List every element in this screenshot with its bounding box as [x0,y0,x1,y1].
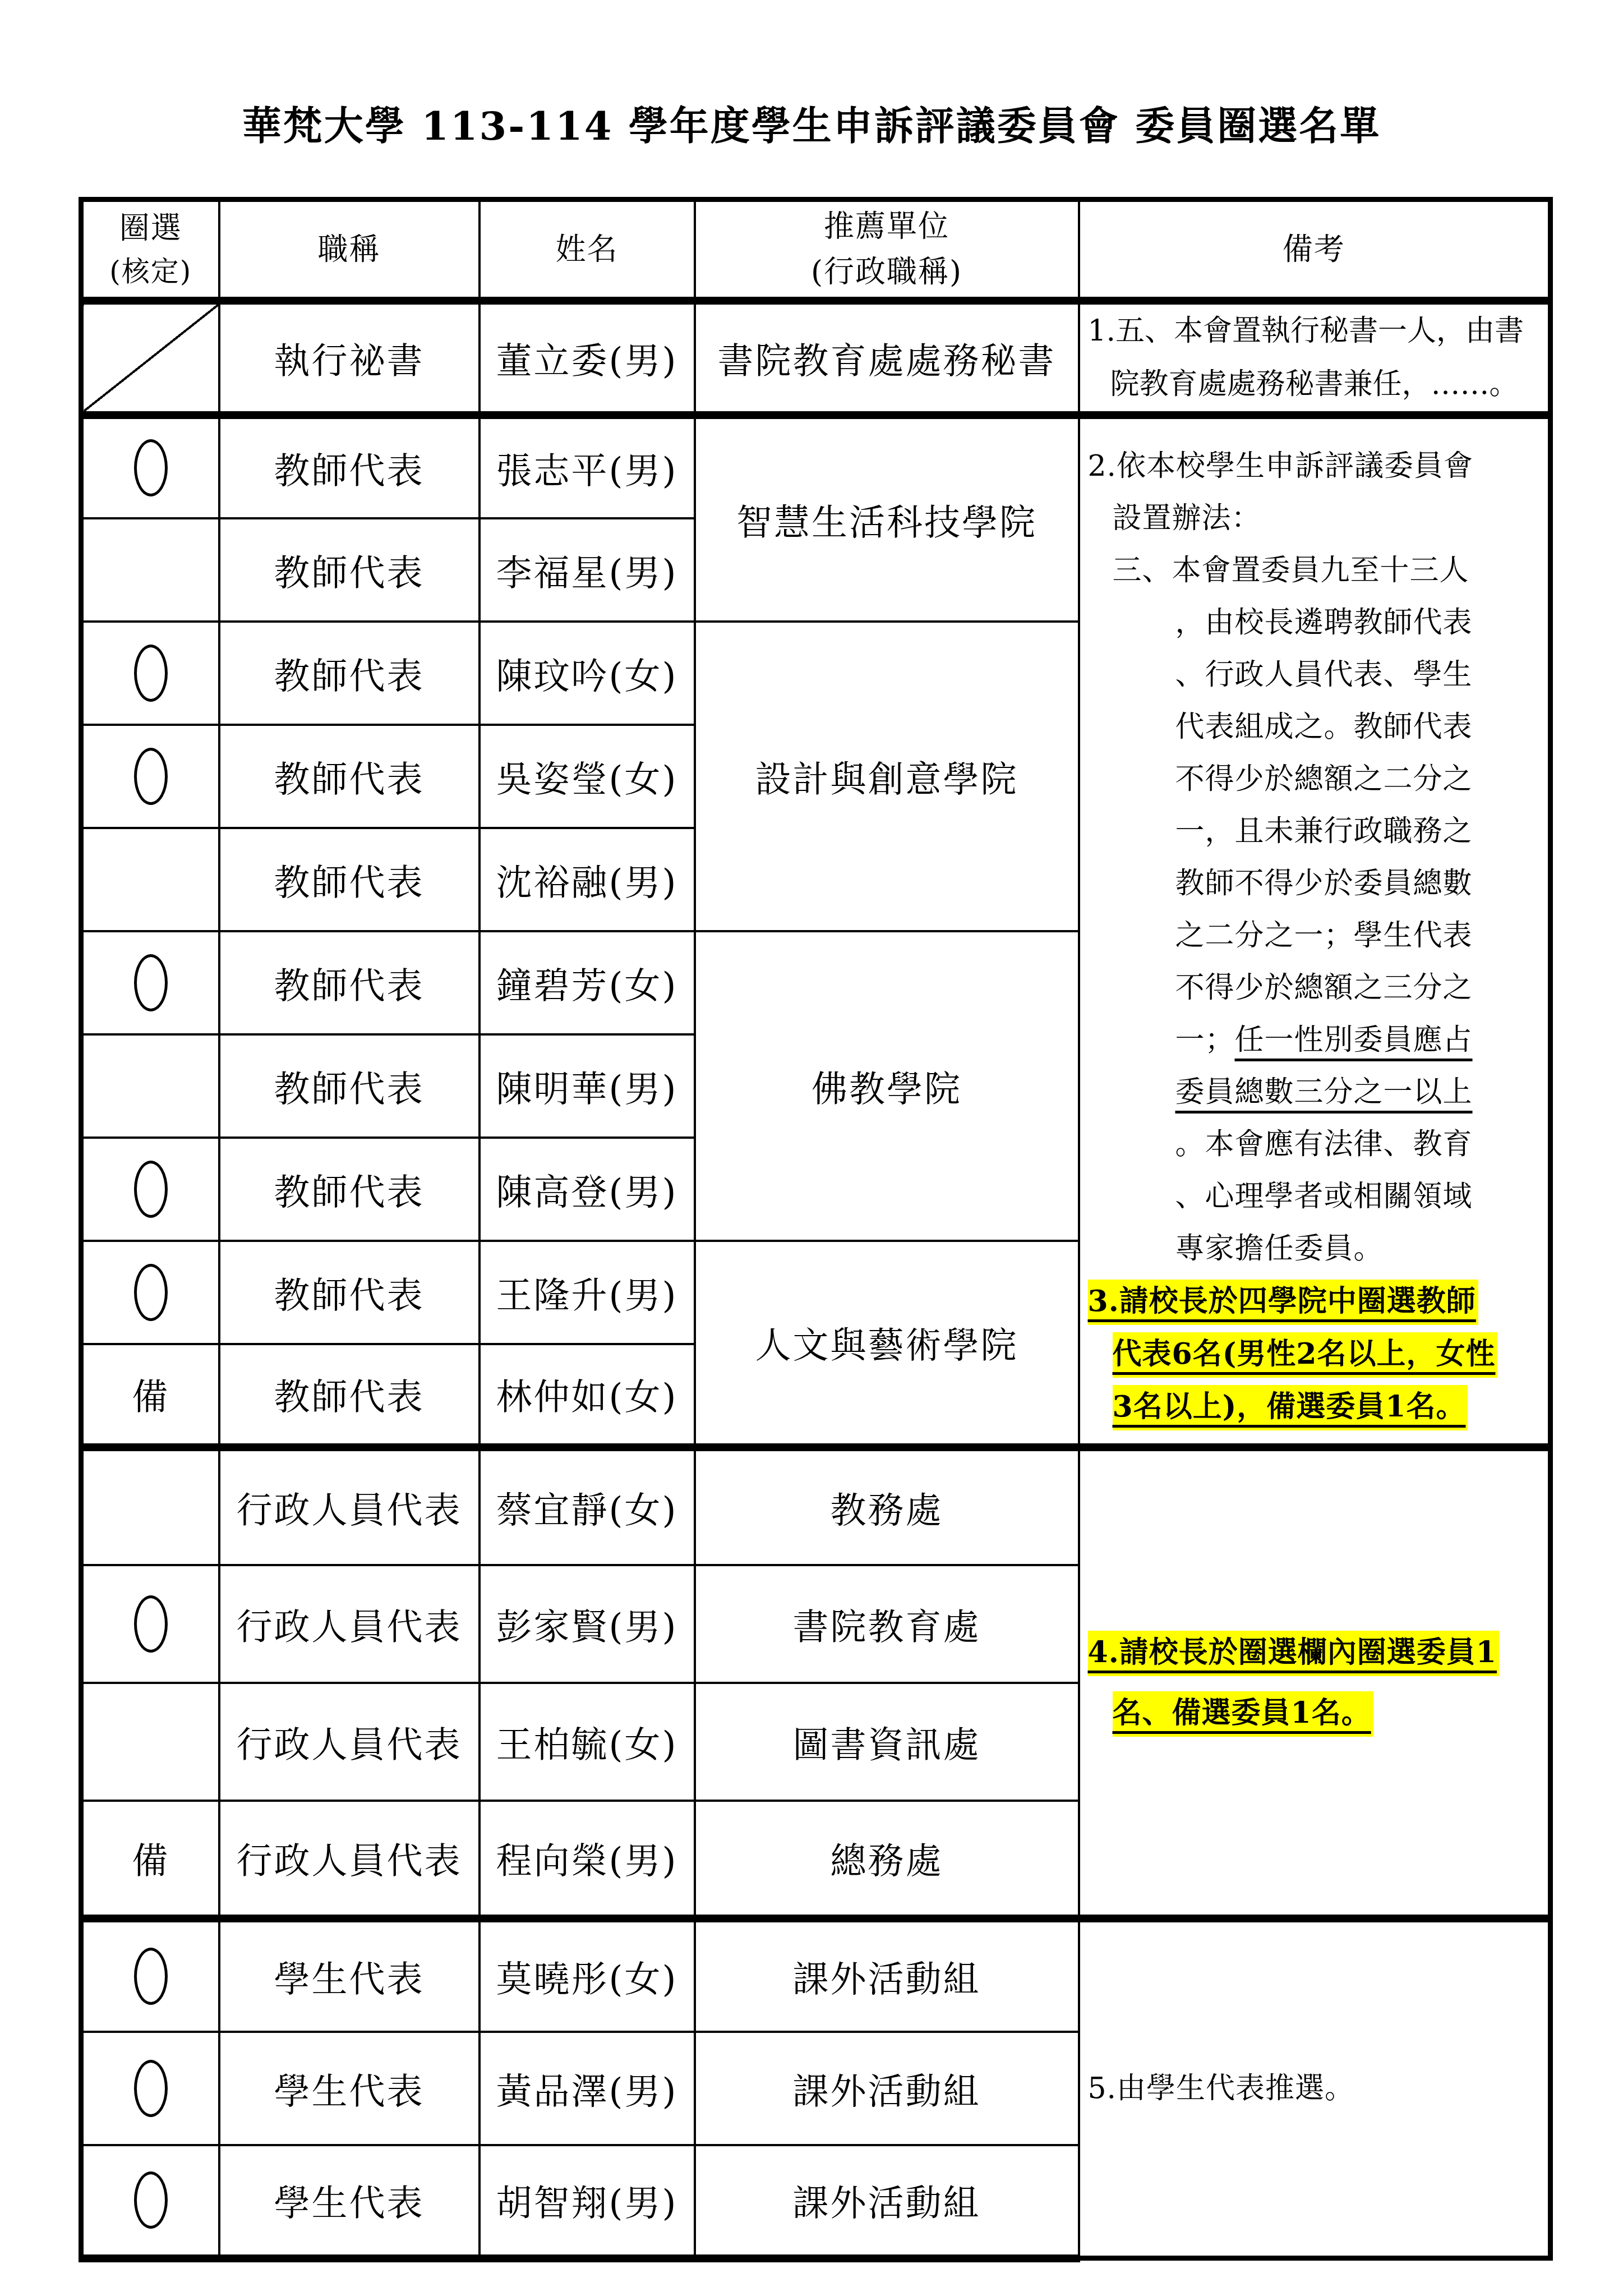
underlined-text: 任一性別委員應占 [1235,1023,1473,1057]
remark-line: 教師不得少於委員總數 [1088,858,1545,910]
remark-line: ，由校長遴聘教師代表 [1088,597,1545,649]
unit-cell-merged: 設計與創意學院 [695,622,1079,931]
remark-line: 專家擔任委員。 [1088,1223,1545,1275]
remark-highlight-line: 名、備選委員1名。 [1088,1683,1545,1743]
remark-line: 5.由學生代表推選。 [1088,2063,1545,2115]
table-row: 教師代表 張志平(男) 智慧生活科技學院 2.依本校學生申訴評議委員會 設置辦法… [81,415,1551,518]
remark-line: 、心理學者或相關領域 [1088,1171,1545,1223]
remark-line: 。本會應有法律、教育 [1088,1119,1545,1171]
committee-table: 圈選 (核定) 職稱 姓名 推薦單位 (行政職稱) 備考 執行祕書 董立委(男)… [79,197,1553,2262]
remark-highlight-line: 3名以上)，備選委員1名。 [1088,1381,1545,1433]
remark-line: 不得少於總額之二分之 [1088,753,1545,806]
position-cell: 行政人員代表 [219,1683,479,1801]
mark-cell [81,518,219,622]
remark-note-1: 1.五、本會置執行秘書一人，由書 院教育處處務秘書兼任，……。 [1079,301,1551,415]
remark-line: 2.依本校學生申訴評議委員會 [1088,440,1545,493]
position-cell: 教師代表 [219,828,479,931]
remark-note-4: 4.請校長於圈選欄內圈選委員1 名、備選委員1名。 [1079,1447,1551,1918]
unit-cell: 課外活動組 [695,1918,1079,2032]
mark-cell [81,622,219,725]
name-cell: 沈裕融(男) [479,828,695,931]
remark-notes-2-3: 2.依本校學生申訴評議委員會 設置辦法： 三、本會置委員九至十三人 ，由校長遴聘… [1079,415,1551,1447]
position-cell: 教師代表 [219,931,479,1034]
remark-line: 、行政人員代表、學生 [1088,649,1545,701]
name-cell: 張志平(男) [479,415,695,518]
position-cell: 教師代表 [219,1034,479,1138]
position-cell: 教師代表 [219,622,479,725]
header-circle-sublabel: (核定) [84,251,218,293]
name-cell: 王柏毓(女) [479,1683,695,1801]
mark-cell [81,415,219,518]
mark-cell: 備 [81,1344,219,1447]
remark-line: 一；任一性別委員應占 [1088,1014,1545,1066]
unit-cell: 總務處 [695,1801,1079,1918]
table-row: 執行祕書 董立委(男) 書院教育處處務秘書 1.五、本會置執行秘書一人，由書 院… [81,301,1551,415]
position-cell: 教師代表 [219,1138,479,1241]
remark-line: 三、本會置委員九至十三人 [1088,545,1545,597]
unit-cell-merged: 智慧生活科技學院 [695,415,1079,622]
mark-cell-diagonal [81,301,219,415]
unit-cell: 課外活動組 [695,2032,1079,2145]
name-cell: 彭家賢(男) [479,1565,695,1683]
header-unit: 推薦單位 (行政職稱) [695,200,1079,301]
header-unit-label: 推薦單位 [696,204,1078,249]
table-header-row: 圈選 (核定) 職稱 姓名 推薦單位 (行政職稱) 備考 [81,200,1551,301]
mark-cell [81,1565,219,1683]
table-row: 行政人員代表 蔡宜靜(女) 教務處 4.請校長於圈選欄內圈選委員1 名、備選委員… [81,1447,1551,1565]
name-cell: 鐘碧芳(女) [479,931,695,1034]
position-cell: 教師代表 [219,1241,479,1344]
position-cell: 教師代表 [219,1344,479,1447]
mark-cell [81,1447,219,1565]
position-cell: 執行祕書 [219,301,479,415]
remark-highlight-line: 代表6名(男性2名以上，女性 [1088,1328,1545,1381]
header-position: 職稱 [219,200,479,301]
highlighted-text: 3.請校長於四學院中圈選教師 [1088,1280,1478,1325]
position-cell: 行政人員代表 [219,1801,479,1918]
mark-cell [81,931,219,1034]
position-cell: 學生代表 [219,2032,479,2145]
name-cell: 林仲如(女) [479,1344,695,1447]
unit-cell: 書院教育處處務秘書 [695,301,1079,415]
remark-line: 院教育處處務秘書兼任，……。 [1088,358,1545,411]
name-cell: 程向榮(男) [479,1801,695,1918]
highlighted-text: 3名以上)，備選委員1名。 [1113,1385,1468,1430]
underlined-text: 委員總數三分之一以上 [1175,1075,1473,1109]
mark-cell [81,1683,219,1801]
position-cell: 學生代表 [219,2145,479,2258]
unit-cell: 書院教育處 [695,1565,1079,1683]
position-cell: 行政人員代表 [219,1447,479,1565]
header-name: 姓名 [479,200,695,301]
name-cell: 莫曉彤(女) [479,1918,695,2032]
unit-cell-merged: 人文與藝術學院 [695,1241,1079,1447]
table-row: 學生代表 莫曉彤(女) 課外活動組 5.由學生代表推選。 [81,1918,1551,2032]
highlighted-text: 名、備選委員1名。 [1113,1691,1373,1737]
name-cell: 陳玟吟(女) [479,622,695,725]
position-cell: 行政人員代表 [219,1565,479,1683]
mark-cell [81,2032,219,2145]
position-cell: 學生代表 [219,1918,479,2032]
remark-line: 之二分之一；學生代表 [1088,910,1545,962]
position-cell: 教師代表 [219,518,479,622]
header-unit-sublabel: (行政職稱) [696,249,1078,295]
remark-line: 1.五、本會置執行秘書一人，由書 [1088,305,1545,358]
position-cell: 教師代表 [219,415,479,518]
remark-line: 一，且未兼行政職務之 [1088,806,1545,858]
mark-cell [81,1138,219,1241]
remark-line: 代表組成之。教師代表 [1088,701,1545,753]
position-cell: 教師代表 [219,725,479,828]
name-cell: 陳高登(男) [479,1138,695,1241]
name-cell: 蔡宜靜(女) [479,1447,695,1565]
remark-line: 不得少於總額之三分之 [1088,962,1545,1014]
mark-cell [81,2145,219,2258]
page-title: 華梵大學 113-114 學年度學生申訴評議委員會 委員圈選名單 [0,0,1623,148]
name-cell: 黃品澤(男) [479,2032,695,2145]
mark-cell [81,1034,219,1138]
name-cell: 吳姿瑩(女) [479,725,695,828]
mark-cell [81,725,219,828]
header-circle-label: 圈選 [84,205,218,251]
header-remarks: 備考 [1079,200,1551,301]
name-cell: 李福星(男) [479,518,695,622]
highlighted-text: 4.請校長於圈選欄內圈選委員1 [1088,1631,1499,1676]
name-cell: 陳明華(男) [479,1034,695,1138]
mark-cell [81,828,219,931]
name-cell: 王隆升(男) [479,1241,695,1344]
remark-note-5: 5.由學生代表推選。 [1079,1918,1551,2258]
name-cell: 胡智翔(男) [479,2145,695,2258]
mark-cell [81,1918,219,2032]
remark-highlight-line: 3.請校長於四學院中圈選教師 [1088,1275,1545,1328]
unit-cell-merged: 佛教學院 [695,931,1079,1241]
unit-cell: 課外活動組 [695,2145,1079,2258]
name-cell: 董立委(男) [479,301,695,415]
header-circle: 圈選 (核定) [81,200,219,301]
highlighted-text: 代表6名(男性2名以上，女性 [1113,1332,1498,1378]
document-page: { "page": { "title": "華梵大學 113-114 學年度學生… [0,0,1623,2296]
remark-line: 設置辦法： [1088,493,1545,545]
unit-cell: 教務處 [695,1447,1079,1565]
remark-line: 委員總數三分之一以上 [1088,1066,1545,1119]
unit-cell: 圖書資訊處 [695,1683,1079,1801]
remark-highlight-line: 4.請校長於圈選欄內圈選委員1 [1088,1622,1545,1683]
mark-cell: 備 [81,1801,219,1918]
mark-cell [81,1241,219,1344]
